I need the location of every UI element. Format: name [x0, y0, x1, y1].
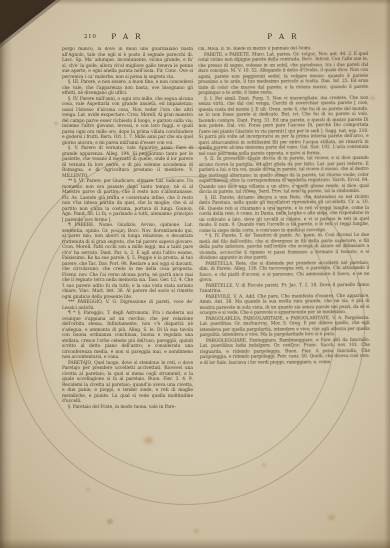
paper-speck — [370, 96, 375, 100]
dictionary-paragraph: * §. IV. Parete, T. de' Tessitori di pan… — [199, 233, 369, 262]
paper-speck — [86, 488, 90, 491]
dictionary-paragraph: §. Paretaio del Frate, in modo tuona, va… — [62, 405, 193, 411]
page-number: 210 — [84, 34, 96, 40]
scanned-page: 210 P A R P A R porgo manco, là dove in … — [0, 0, 390, 548]
paper-speck — [328, 515, 335, 520]
dictionary-paragraph: §. II. In proverbio. Quale diccia di in … — [199, 156, 369, 196]
paper-speck — [262, 463, 266, 467]
page-corner-fold — [0, 0, 56, 44]
dictionary-paragraph: ** §. VI. Parere, per Giudicare, stimare… — [62, 179, 193, 223]
dictionary-paragraph: ¶ * §. Pareggio, T. degli Astronomi. Fra… — [62, 311, 193, 361]
paper-speck — [194, 529, 199, 533]
dictionary-paragraph: §. IV. Parere mill'anni, o ogni ora mill… — [62, 97, 193, 147]
dictionary-paragraph: PARETE, e PARIETE. Muro. Lat. paries. Gr… — [198, 51, 368, 96]
dictionary-paragraph: §. I. Per simil. Dant. Purg. 3. Non vi m… — [198, 95, 368, 157]
dictionary-paragraph: §. III. Parete; diciamo ancora a una Ret… — [199, 194, 369, 234]
dictionary-paragraph: PARETAJO, Quel luogo, dove si stendono l… — [62, 361, 193, 405]
paper-speck — [144, 437, 153, 444]
dictionary-paragraph: porgo manco, là dove in duoli uno guardi… — [62, 47, 193, 80]
paper-speck — [54, 122, 58, 125]
running-head-left: P A R — [104, 32, 150, 41]
dictionary-paragraph: PARGOLARLEA, PARGOLARITADE, e PARGOLARIT… — [200, 315, 370, 338]
dictionary-paragraph: §. III. Parere, e non essere, a buon fin… — [62, 80, 193, 97]
dictionary-paragraph: PAREVOLE, V. A. Add. Che pare, Che manif… — [200, 293, 370, 316]
text-column-right: chi, Mola. d. fo. Riede in mezzo il pann… — [198, 46, 370, 366]
page-edge-bottom — [0, 538, 390, 548]
dictionary-paragraph: §. V. Parere di vernata; vale Apparire a… — [62, 146, 193, 179]
dictionary-paragraph: ¶ PARERE, Nome. Giudizio, Avviso, opinio… — [62, 223, 193, 300]
dictionary-paragraph: *** PAREGGIO, V. G. Digressione di paret… — [62, 300, 193, 311]
page-edge-right — [384, 0, 390, 548]
running-head-right: P A R — [260, 32, 306, 41]
dictionary-paragraph: PARGOLEGGIARE, Fanteggiare, Bambineggiar… — [200, 337, 370, 366]
paper-speck — [107, 519, 113, 524]
page-edge-left — [0, 0, 12, 548]
text-column-left: porgo manco, là dove in duoli uno guardi… — [62, 47, 193, 410]
dictionary-paragraph: PARETELLA, Rete, che si distende per pre… — [199, 260, 369, 283]
